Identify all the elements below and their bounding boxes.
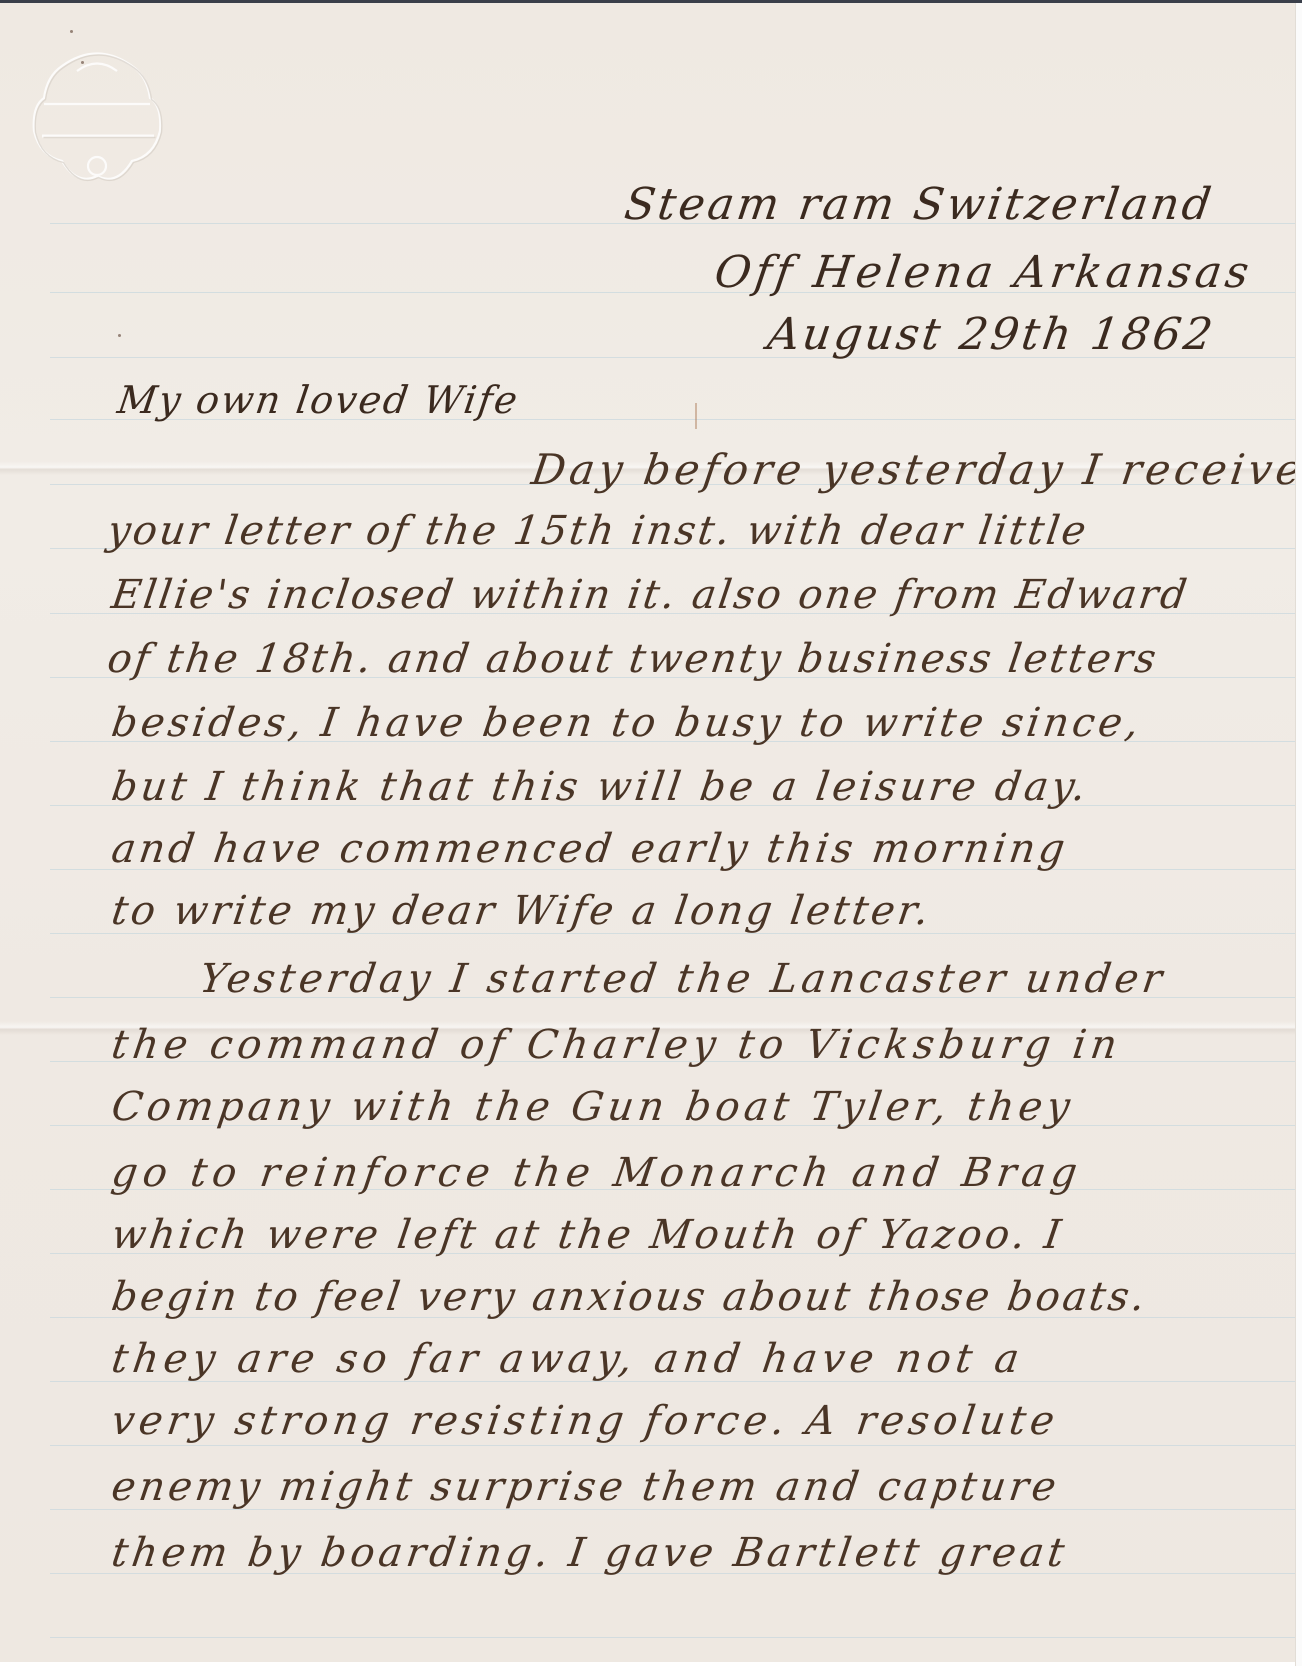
body-line: of the 18th. and about twenty business l… xyxy=(105,639,1161,679)
body-line: but I think that this will be a leisure … xyxy=(109,767,1091,807)
header-vessel: Steam ram Switzerland xyxy=(622,183,1217,227)
body-line: Day before yesterday I received xyxy=(529,449,1296,491)
header-date: August 29th 1862 xyxy=(765,313,1218,357)
ruled-line xyxy=(50,1445,1296,1446)
paper-speck xyxy=(81,61,84,64)
body-line: enemy might surprise them and capture xyxy=(109,1467,1062,1507)
letter-page: Steam ram Switzerland Off Helena Arkansa… xyxy=(0,3,1296,1662)
body-line: which were left at the Mouth of Yazoo. I xyxy=(109,1215,1066,1255)
body-line: very strong resisting force. A resolute xyxy=(109,1401,1061,1441)
body-line: them by boarding. I gave Bartlett great xyxy=(109,1533,1071,1573)
ink-stain xyxy=(695,403,697,429)
paper-speck xyxy=(70,30,73,33)
header-location: Off Helena Arkansas xyxy=(712,251,1255,295)
emboss-seal-icon xyxy=(22,36,172,186)
body-line: the command of Charley to Vicksburg in xyxy=(109,1025,1124,1065)
scan-right-margin xyxy=(1295,3,1302,1666)
body-line: Ellie's inclosed within it. also one fro… xyxy=(109,575,1191,615)
body-line: Yesterday I started the Lancaster under xyxy=(197,959,1168,999)
body-line: they are so far away, and have not a xyxy=(109,1339,1026,1379)
body-line: to write my dear Wife a long letter. xyxy=(109,891,934,931)
body-line: go to reinforce the Monarch and Brag xyxy=(109,1153,1085,1193)
body-line: begin to feel very anxious about those b… xyxy=(109,1277,1150,1317)
body-line: besides, I have been to busy to write si… xyxy=(109,703,1144,743)
paper-speck xyxy=(118,334,121,337)
body-line: Company with the Gun boat Tyler, they xyxy=(109,1087,1077,1127)
body-line: your letter of the 15th inst. with dear … xyxy=(105,511,1091,551)
ruled-line xyxy=(50,1637,1296,1638)
body-line: and have commenced early this morning xyxy=(109,829,1070,869)
salutation: My own loved Wife xyxy=(115,381,521,419)
